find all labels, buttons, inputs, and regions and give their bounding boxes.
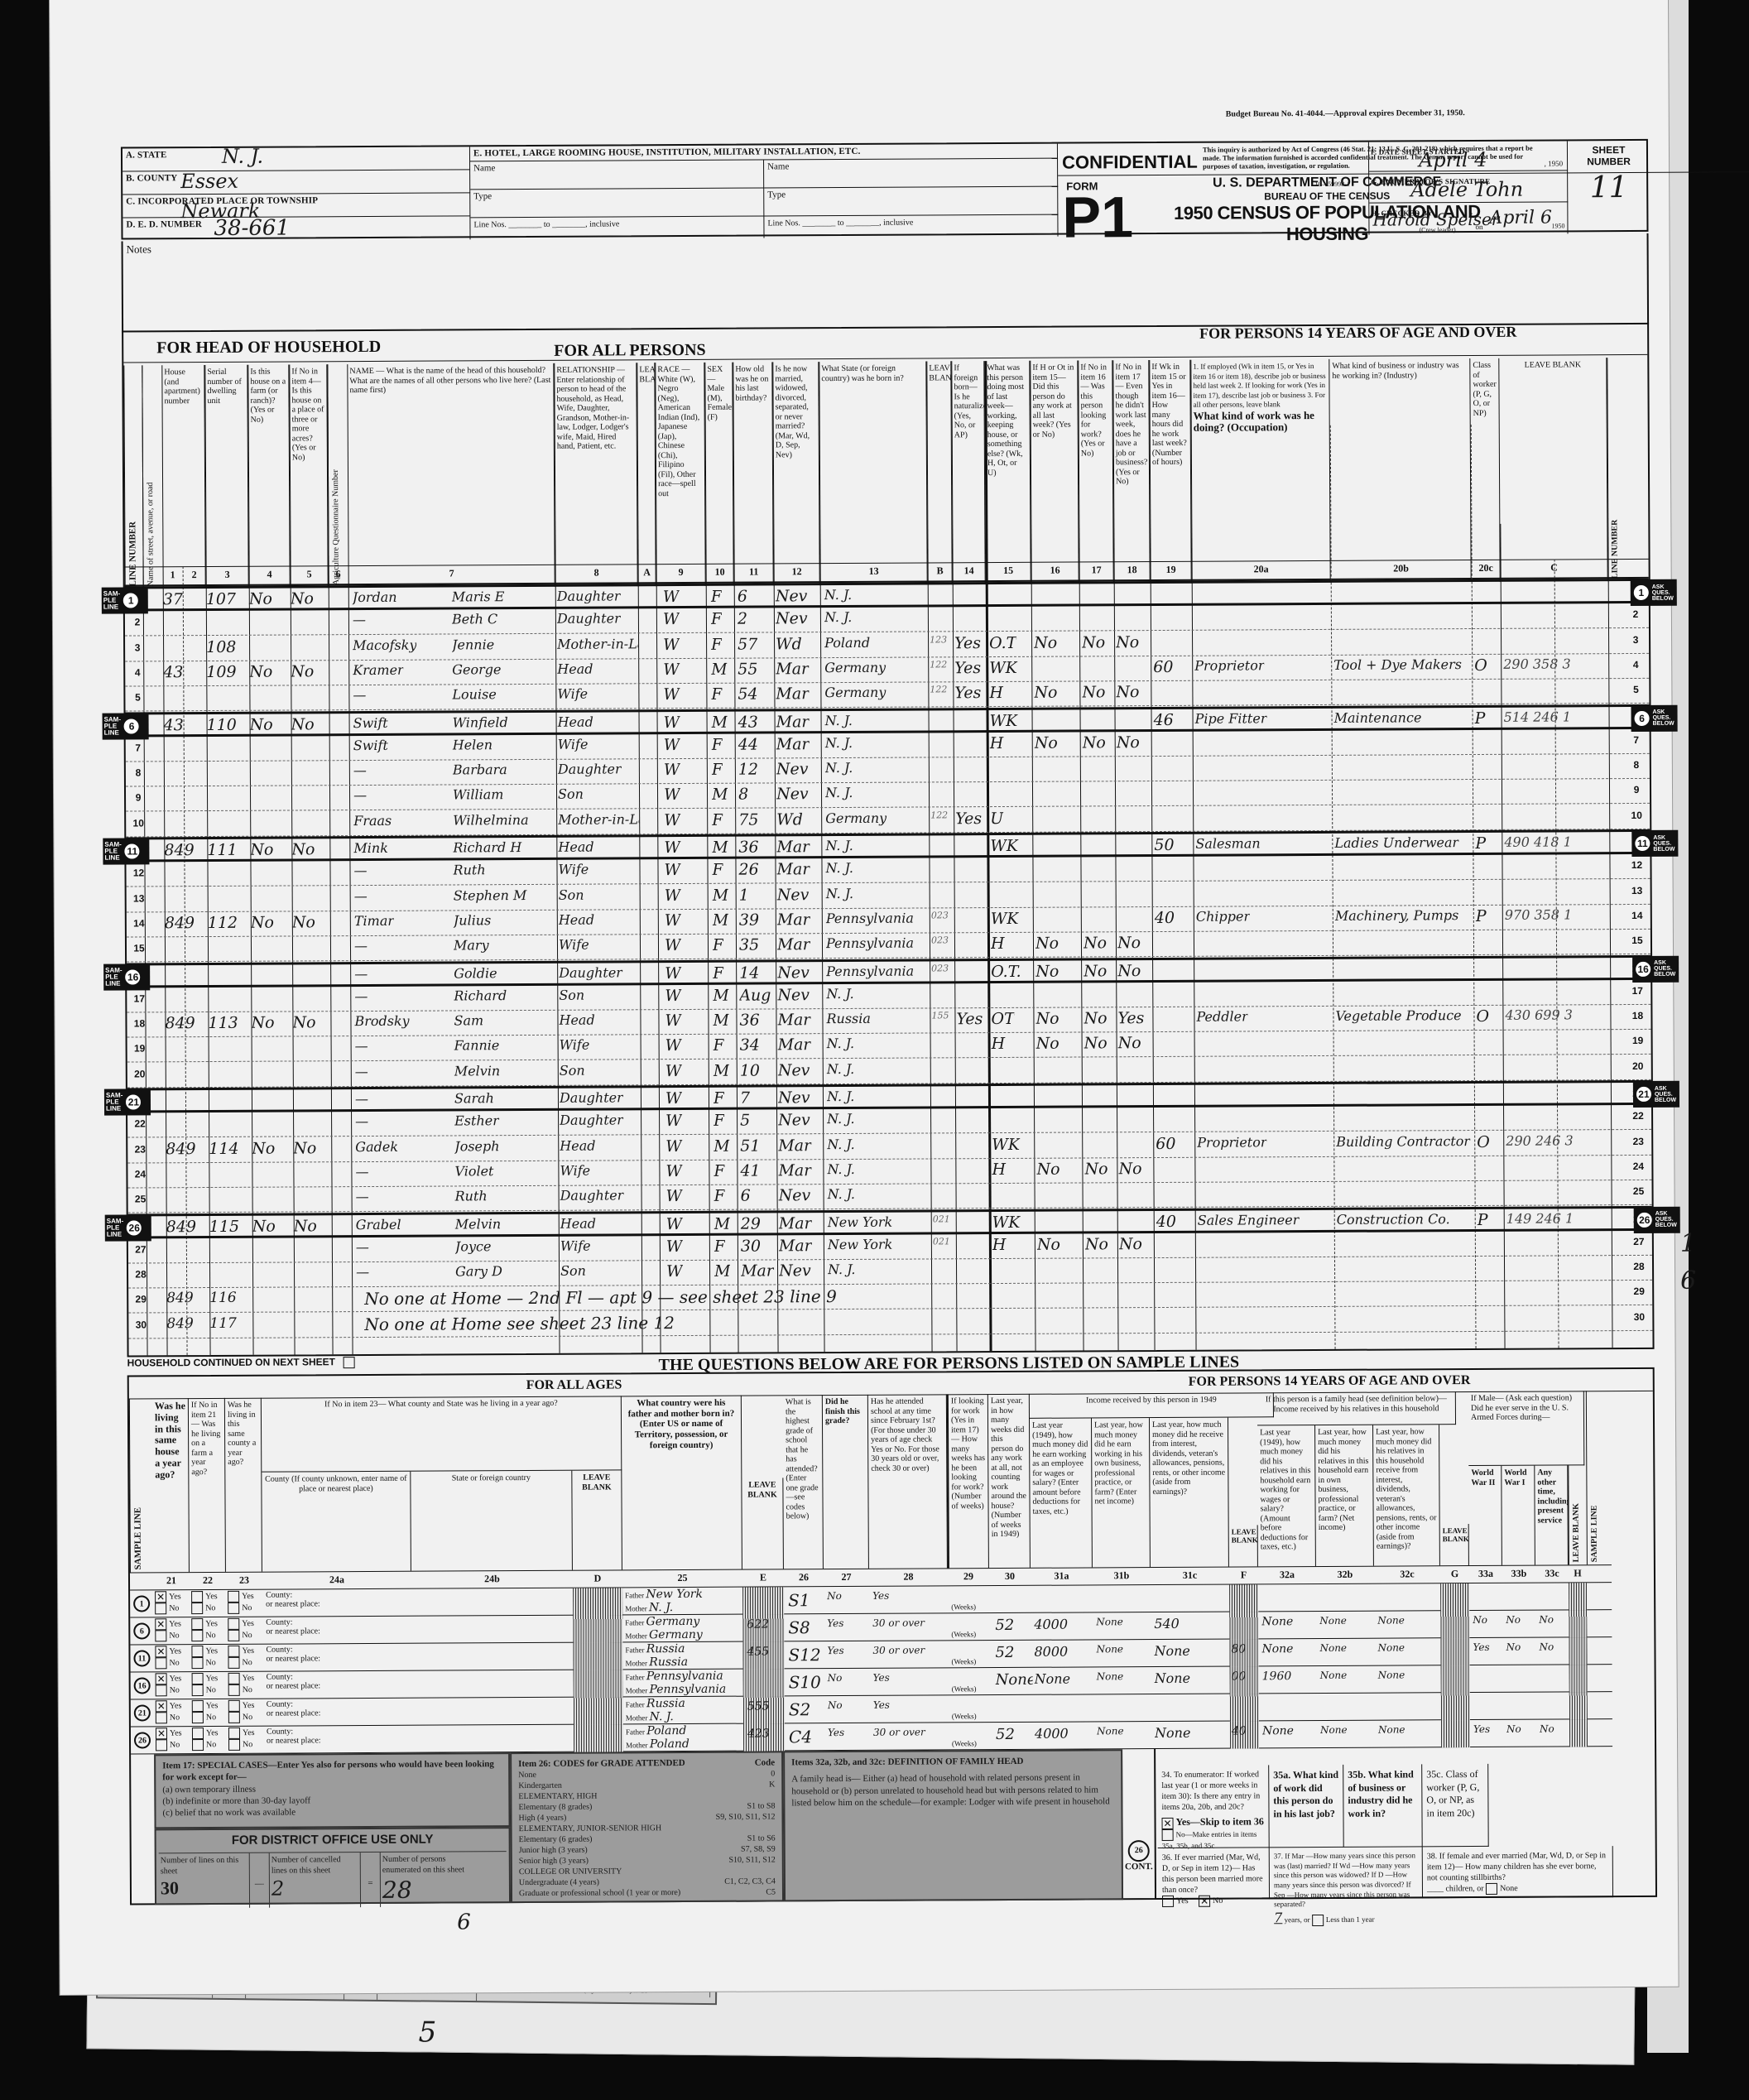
cell-q17: No [1082, 633, 1105, 651]
line-number-right: 18 [1627, 1010, 1647, 1021]
cell-code_b: 122 [930, 810, 948, 820]
mother-label: Mother [626, 1686, 648, 1694]
q21-yes-checkbox[interactable] [155, 1618, 166, 1630]
cell-given: William [453, 787, 503, 803]
cell-given: Wilhelmina [453, 812, 529, 828]
q23-yes-checkbox[interactable] [228, 1618, 239, 1630]
grade-code-row: Graduate or professional school (1 year … [519, 1887, 776, 1900]
cell-occupation: Pipe Fitter [1195, 710, 1267, 726]
line-number: 22 [129, 1118, 151, 1130]
cell-rel: Son [560, 1062, 585, 1078]
cell-race: W [666, 1187, 683, 1205]
cell-given: Winfield [453, 714, 508, 730]
cell-sex: M [713, 886, 729, 904]
q22-yes-checkbox[interactable] [192, 1700, 204, 1712]
q22-no-checkbox[interactable] [191, 1630, 203, 1641]
col-class: Class of worker (P, G, O, or NP) [1470, 358, 1500, 582]
no-label: No [242, 1658, 252, 1667]
no-label: No [243, 1740, 252, 1749]
cell-birthplace: Pennsylvania [826, 963, 914, 979]
yes-label: Yes [170, 1701, 182, 1710]
question-36: 36. If ever married (Mar, Wd, D, or Sep … [1158, 1848, 1270, 1900]
mother-birthplace: N. J. [649, 1601, 673, 1614]
cell-given: Ruth [455, 1188, 488, 1204]
cell-hours: 40 [1155, 909, 1175, 927]
cell-other: No [1540, 1723, 1571, 1734]
cell-q18: No [1118, 1035, 1141, 1053]
q23-no-checkbox[interactable] [228, 1630, 239, 1641]
cell-given: Fannie [454, 1038, 500, 1054]
cont-label: CONT. [1125, 1862, 1153, 1872]
cell-inc32a: None [1262, 1724, 1316, 1737]
cell-given: Barbara [453, 762, 507, 777]
cell-given: Richard H [453, 839, 521, 855]
line-number: 14 [128, 917, 150, 929]
cell-finish: No [828, 1699, 869, 1711]
father-birthplace: Poland [646, 1724, 686, 1737]
checked-date: April 6 [1489, 208, 1552, 228]
cell-occupation: Peddler [1196, 1009, 1247, 1025]
cell-mar: Mar [779, 1237, 812, 1255]
cell-hours: 46 [1154, 710, 1174, 728]
cell-sex: M [714, 1262, 731, 1281]
q21-yes-checkbox[interactable] [156, 1728, 167, 1739]
q36-no-label: No [1213, 1896, 1223, 1905]
q23-no-checkbox[interactable] [228, 1603, 239, 1614]
ask-questions-marker: 16ASKQUES.BELOW [1632, 955, 1679, 982]
question-35b: 35b. What kind of business or industry d… [1343, 1764, 1423, 1847]
mother-label: Mother [625, 1631, 647, 1640]
bcol-26: What is the highest grade of school that… [783, 1395, 824, 1569]
ed-field: d. E. D. NUMBER 38-661 [123, 216, 470, 241]
cell-inc32c: None [1377, 1641, 1439, 1653]
cell-sex: M [712, 713, 728, 731]
cell-inc31c: None [1155, 1725, 1229, 1741]
cell-code_e: 622 [747, 1617, 784, 1631]
cell-sex: F [712, 736, 723, 754]
no-label: No [243, 1685, 252, 1694]
cell-age: 1 [739, 886, 749, 904]
cancelled-value: 2 [271, 1876, 358, 1902]
colnum: 1 [163, 569, 183, 581]
confidential-label: CONFIDENTIAL [1062, 151, 1203, 174]
nearest-place-label: or nearest place: [266, 1627, 320, 1636]
bcol-24a: County (If county unknown, enter name of… [262, 1472, 411, 1572]
cell-code_b: 123 [930, 634, 947, 645]
cell-note: No one at Home — 2nd Fl — apt 9 — see sh… [364, 1286, 837, 1309]
cell-birthplace: N. J. [825, 712, 853, 728]
cell-race: W [664, 811, 680, 829]
grade-code-value: S9, S10, S11, S12 [716, 1812, 776, 1823]
form-code: 16—59998-1 [1314, 180, 1350, 188]
cell-q17: No [1084, 1009, 1107, 1027]
cell-weeks_worked: 52 [995, 1617, 1032, 1634]
margin-note-right-6: 6 [1680, 1266, 1696, 1295]
cell-class: P [1478, 1210, 1488, 1228]
cell-rel: Head [558, 839, 593, 855]
cell-code_b: 023 [931, 910, 949, 920]
cell-q18: No [1116, 683, 1139, 701]
q22-no-checkbox[interactable] [191, 1603, 203, 1614]
cell-code_c: 290 246 3 [1506, 1132, 1574, 1148]
q23-no-checkbox[interactable] [228, 1712, 240, 1723]
sample-line-number: 6 [123, 717, 141, 735]
cell-code_b: 023 [931, 935, 949, 946]
lines-value: 30 [161, 1876, 247, 1900]
state-label: a. STATE [126, 150, 167, 160]
weeks-label: (Weeks) [951, 1657, 976, 1665]
cell-nat: Yes [956, 1010, 983, 1028]
father-label: Father [625, 1646, 644, 1654]
cell-inc31a: 4000 [1035, 1725, 1093, 1741]
bcol-32a: Last year (1949), how much money did his… [1257, 1425, 1316, 1566]
cell-acres: No [291, 662, 314, 680]
cell-rel: Wife [558, 862, 589, 877]
cell-house: 37 [163, 590, 183, 608]
cell-activity: H [991, 935, 1005, 953]
cell-sex: M [711, 661, 728, 679]
county-label: County: [266, 1645, 292, 1654]
cell-given: Mary [454, 937, 489, 953]
q22-yes-checkbox[interactable] [191, 1618, 203, 1630]
grade-code-value: S10, S11, S12 [728, 1855, 775, 1866]
q21-no-checkbox[interactable] [156, 1684, 167, 1696]
q22-no-checkbox[interactable] [192, 1712, 204, 1723]
cell-surname: — [354, 988, 368, 1004]
grade-code-value: S1 to S8 [747, 1801, 775, 1812]
cell-nat: Yes [954, 684, 981, 702]
cell-sex: F [712, 810, 723, 829]
cell-age: 6 [738, 588, 747, 606]
q22-no-checkbox[interactable] [192, 1739, 204, 1751]
cell-attend: 30 or over [872, 1644, 947, 1655]
q21-no-checkbox[interactable] [156, 1712, 167, 1723]
q23-no-checkbox[interactable] [228, 1739, 240, 1751]
bcol-21: Was he living in this same house a year … [152, 1398, 190, 1572]
cell-occupation: Proprietor [1194, 657, 1264, 673]
q22-no-checkbox[interactable] [192, 1684, 204, 1696]
line-number-right: 20 [1628, 1060, 1648, 1072]
cell-weeks_worked: 52 [995, 1644, 1032, 1661]
yes-label: Yes [242, 1592, 254, 1601]
cell-mar: Mar [778, 1136, 811, 1155]
no-label: No [170, 1713, 180, 1723]
cell-race: W [663, 636, 680, 654]
cell-given: Maris E [452, 589, 505, 604]
father-birthplace: Russia [646, 1642, 685, 1655]
cell-occupation: Chipper [1196, 908, 1250, 924]
colnum: 16 [1031, 564, 1079, 576]
sample-line-number: 1 [133, 1595, 150, 1612]
cell-code_b: 122 [930, 659, 947, 670]
sample-line-number: 6 [133, 1622, 150, 1639]
county-field: b. COUNTY Essex [123, 170, 470, 195]
cell-mar: Nev [779, 1186, 811, 1204]
cell-sex: M [712, 786, 728, 804]
q36-no-checkbox[interactable] [1199, 1896, 1210, 1907]
q23-yes-checkbox[interactable] [228, 1591, 239, 1603]
ask-line-number: 1 [1632, 584, 1650, 602]
colnum: 6 [329, 568, 348, 580]
col-name: NAME — What is the name of the head of t… [347, 363, 555, 588]
q22-yes-checkbox[interactable] [192, 1673, 204, 1684]
father-birthplace: Pennsylvania [646, 1670, 723, 1683]
grade-codes-code-label: Code [755, 1756, 776, 1768]
cell-race: W [664, 861, 680, 879]
cell-given: Louise [452, 686, 496, 702]
cell-race: W [663, 610, 680, 628]
cell-age: 7 [740, 1089, 750, 1108]
cell-age: 57 [738, 635, 757, 653]
q21-no-checkbox[interactable] [155, 1657, 166, 1669]
cell-surname: — [355, 1064, 368, 1079]
q23-no-checkbox[interactable] [228, 1684, 240, 1696]
household-continued-checkbox[interactable] [343, 1357, 354, 1368]
q37-years-value: 7 [1274, 1910, 1282, 1925]
cell-given: Melvin [454, 1063, 501, 1079]
cell-age: 35 [739, 936, 759, 954]
cell-finish: Yes [827, 1645, 868, 1656]
cell-age: 5 [740, 1112, 750, 1130]
bcol-31b: Last year, how much money did he earn wo… [1092, 1418, 1151, 1567]
ask-questions-marker: 11ASKQUES.BELOW [1631, 830, 1678, 857]
cell-given: Helen [453, 737, 493, 752]
cell-age: 43 [738, 713, 758, 731]
cell-finish: Yes [828, 1727, 869, 1738]
no-label: No [170, 1686, 180, 1695]
q22-yes-checkbox[interactable] [191, 1646, 203, 1657]
colnum: B [928, 565, 953, 577]
cell-sex: F [713, 964, 723, 982]
cell-code_c: 514 246 1 [1504, 709, 1572, 724]
q36-yes-checkbox[interactable] [1162, 1896, 1174, 1907]
line-number-right: 28 [1629, 1261, 1649, 1272]
q23-yes-checkbox[interactable] [228, 1728, 240, 1739]
cell-ww1: No [1506, 1614, 1537, 1626]
weeks-label: (Weeks) [952, 1684, 977, 1693]
minus-sign: — [250, 1853, 270, 1908]
cell-code_c: 970 358 1 [1505, 906, 1573, 922]
bcol-27: Did he finish this grade? [823, 1395, 869, 1569]
cell-surname: Mink [353, 840, 388, 856]
cell-inc32a: None [1261, 1642, 1315, 1655]
no-label: No [206, 1713, 216, 1722]
no-label: No [243, 1713, 252, 1722]
q22-no-checkbox[interactable] [191, 1657, 203, 1669]
cell-q18: No [1117, 733, 1140, 752]
sample-colnum: 33a [1469, 1568, 1502, 1580]
cell-race: W [663, 588, 680, 606]
q21-no-checkbox[interactable] [155, 1603, 166, 1614]
cell-inc31a: 8000 [1034, 1643, 1092, 1659]
cell-surname: Brodsky [354, 1013, 409, 1029]
colnum: 8 [555, 566, 638, 579]
line-number-right: 29 [1629, 1285, 1649, 1297]
cell-house: 43 [163, 663, 183, 681]
q34-no-checkbox[interactable] [1162, 1829, 1174, 1841]
cell-other: No [1539, 1641, 1570, 1652]
cell-mar: Nev [777, 964, 810, 982]
line-number: 20 [129, 1068, 151, 1079]
q21-yes-checkbox[interactable] [156, 1700, 167, 1712]
cell-mar: Nev [778, 1061, 810, 1079]
line-number: 8 [127, 766, 149, 778]
line-number-right: 17 [1627, 985, 1647, 997]
line-nos-label: Line Nos. ________ to ________, inclusiv… [473, 219, 619, 229]
cell-race: W [665, 936, 681, 954]
special-cases-title: Item 17: SPECIAL CASES—Enter Yes also fo… [162, 1758, 502, 1784]
cell-industry: Ladies Underwear [1334, 834, 1458, 851]
header-box: a. STATE N. J. b. COUNTY Essex c. INCORP… [121, 139, 1649, 240]
cell-inc32b: None [1319, 1615, 1373, 1627]
cell-surname: — [356, 1189, 369, 1204]
line-nos-2: Line Nos. ________ to ________, inclusiv… [764, 215, 1058, 238]
cell-industry: Construction Co. [1337, 1211, 1450, 1228]
cell-serial: 111 [207, 841, 237, 859]
q21-no-checkbox[interactable] [155, 1630, 166, 1641]
enumerator-signature: Adele Tohn [1410, 178, 1523, 202]
cell-surname: — [353, 687, 366, 703]
cell-race: W [664, 786, 680, 804]
cell-q17: No [1084, 1160, 1108, 1178]
cont-marker: 26 CONT. [1122, 1749, 1156, 1900]
institution-name-1: Name [470, 160, 764, 190]
cell-race: W [664, 761, 680, 779]
cell-serial: 114 [209, 1139, 238, 1157]
cell-acres: No [294, 1217, 317, 1235]
no-label: No [206, 1685, 216, 1694]
enumerator-field: g. ENUMERATOR'S SIGNATURE Adele Tohn [1369, 171, 1568, 203]
state-field: a. STATE N. J. [123, 147, 470, 171]
no-label: No [169, 1659, 179, 1668]
cell-inc31b: None [1097, 1670, 1151, 1682]
bcol-g: LEAVE BLANK [1440, 1524, 1469, 1565]
nearest-place-label: or nearest place: [266, 1654, 320, 1663]
sample-colnum: 31c [1151, 1569, 1229, 1582]
cell-birthplace: N. J. [825, 838, 853, 853]
cell-activity: WK [992, 1213, 1021, 1231]
cell-attend: 30 or over [872, 1617, 947, 1628]
cell-sex: F [714, 1089, 724, 1108]
cell-inc32c: None [1378, 1669, 1440, 1680]
line-number-right: 14 [1627, 910, 1647, 921]
no-label: No [242, 1631, 252, 1640]
sample-line-number: 1 [122, 591, 140, 609]
cell-surname: Fraas [353, 813, 392, 829]
cell-code_b: 021 [933, 1236, 950, 1247]
cell-birthplace: N. J. [827, 1088, 855, 1104]
q21-yes-checkbox[interactable] [155, 1646, 166, 1657]
q21-yes-checkbox[interactable] [155, 1591, 166, 1603]
grade-code-value: C1, C2, C3, C4 [724, 1877, 776, 1887]
line-number-right: 7 [1626, 734, 1646, 746]
q34-no-label: No—Make entries in items 35a, 35b, and 3… [1162, 1829, 1257, 1849]
cell-inc31b: None [1097, 1725, 1151, 1737]
budget-note: Budget Bureau No. 41-4044.—Approval expi… [1226, 108, 1465, 119]
cell-rel: Head [559, 1012, 594, 1028]
col-birthplace: What State (or foreign country) was he b… [819, 361, 927, 585]
cell-sex: M [713, 987, 729, 1005]
family-head-box: Items 32a, 32b, and 32c: DEFINITION OF F… [783, 1749, 1123, 1901]
cell-hours: 40 [1156, 1212, 1176, 1230]
cell-farm: No [252, 1217, 276, 1235]
cell-industry: Vegetable Produce [1335, 1007, 1461, 1024]
q38-children-label: children, or [1445, 1884, 1483, 1893]
q23-yes-checkbox[interactable] [228, 1673, 240, 1684]
ask-line-number: 6 [1633, 709, 1651, 727]
cell-house: 849 [165, 1014, 195, 1032]
q23-no-checkbox[interactable] [228, 1657, 239, 1669]
sample-line-number: 16 [134, 1677, 151, 1694]
cell-sex: F [711, 588, 722, 606]
sheet-number-box: SHEET NUMBER 11 [1567, 141, 1650, 234]
cell-rel: Mother-in-Law [558, 811, 639, 828]
sample-colnum: 31b [1093, 1569, 1151, 1582]
question-34: 34. To enumerator: If worked last year (… [1157, 1765, 1270, 1848]
bcol-31c: Last year, how much money did he receive… [1150, 1418, 1229, 1567]
line-number-right: 23 [1628, 1136, 1648, 1147]
line-number: 4 [127, 666, 148, 678]
line-number-right: 2 [1626, 608, 1646, 620]
grade-code-label: COLLEGE OR UNIVERSITY [519, 1867, 622, 1878]
line-number: 18 [128, 1017, 150, 1029]
cell-age: 41 [740, 1161, 760, 1180]
cell-occupation: Salesman [1195, 835, 1260, 851]
cell-birthplace: New York [828, 1236, 893, 1252]
colnum: 14 [953, 565, 986, 577]
col-acres: If No in item 4— Is this house on a plac… [289, 364, 328, 588]
line-number-right: 3 [1626, 634, 1646, 646]
q23-yes-checkbox[interactable] [228, 1700, 240, 1712]
cell-hours: 60 [1156, 1134, 1175, 1152]
cell-farm: No [251, 1014, 274, 1032]
cell-code_f: 00 [1232, 1670, 1258, 1683]
cell-activity: WK [990, 711, 1018, 729]
cell-house: 849 [166, 1315, 194, 1332]
q22-yes-checkbox[interactable] [192, 1728, 204, 1739]
line-nos-1: Line Nos. ________ to ________, inclusiv… [470, 216, 764, 239]
q21-no-checkbox[interactable] [156, 1739, 167, 1751]
cell-industry: Machinery, Pumps [1335, 907, 1459, 924]
cell-surname: — [355, 1164, 368, 1180]
q23-yes-checkbox[interactable] [228, 1646, 239, 1657]
q37-less-checkbox[interactable] [1312, 1915, 1324, 1926]
cell-birthplace: N. J. [827, 1161, 855, 1177]
institution-name-2: Name [764, 159, 1058, 189]
cell-inc31c: None [1155, 1670, 1229, 1686]
q34-yes-checkbox[interactable] [1162, 1818, 1174, 1829]
sample-all-ages: FOR ALL AGES [526, 1377, 622, 1393]
sample-colnum: 31a [1031, 1569, 1093, 1582]
ask-questions-marker: 1ASKQUES.BELOW [1631, 579, 1677, 606]
yes-label: Yes [170, 1674, 182, 1683]
cell-given: Beth C [452, 611, 497, 627]
line-number: 24 [129, 1168, 151, 1180]
cell-surname: — [356, 1264, 369, 1280]
section-all-persons: FOR ALL PERSONS [554, 341, 706, 361]
q22-yes-checkbox[interactable] [191, 1591, 203, 1603]
bcol-sample-line-right: SAMPLE LINE [1586, 1391, 1610, 1564]
q38-none-checkbox[interactable] [1486, 1883, 1497, 1895]
cell-serial: 116 [209, 1290, 237, 1306]
cell-rel: Daughter [560, 1089, 623, 1105]
q21-yes-checkbox[interactable] [156, 1673, 167, 1684]
cell-birthplace: N. J. [828, 1261, 856, 1277]
father-label: Father [626, 1728, 645, 1736]
cell-rel: Head [559, 911, 594, 927]
cell-serial: 113 [208, 1014, 238, 1032]
special-cases-box: Item 17: SPECIAL CASES—Enter Yes also fo… [154, 1752, 510, 1828]
